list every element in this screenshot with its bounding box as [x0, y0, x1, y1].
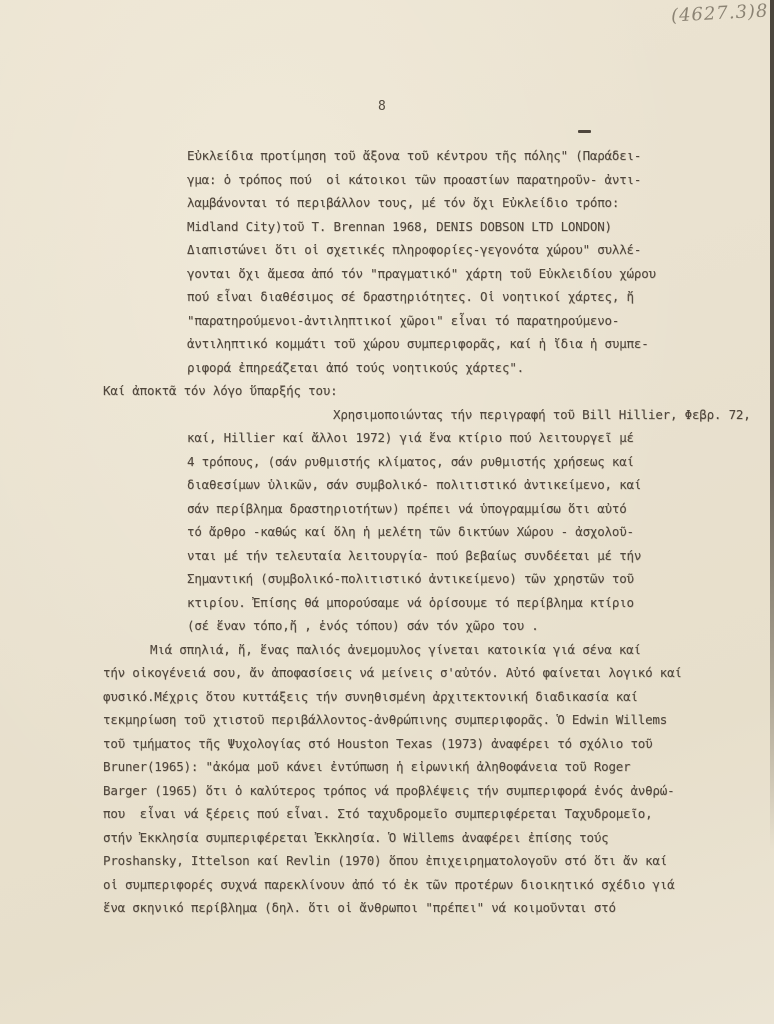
text-line: Μιά σπηλιά, ἤ, ἕνας παλιός ἀνεμομυλος γί… [150, 638, 703, 662]
text-line: διαθεσίμων ὑλικῶν, σάν συμβολικό- πολιτι… [187, 473, 703, 497]
text-line: 4 τρόπους, (σάν ρυθμιστής κλίματος, σάν … [187, 450, 703, 474]
text-line: φυσικό.Μέχρις ὅτου κυττάξεις τήν συνηθισ… [103, 685, 703, 709]
text-line: κτιρίου. Ἐπίσης θά μπορούσαμε νά ὁρίσουμ… [187, 591, 703, 615]
text-line: γμα: ὁ τρόπος πού οἱ κάτοικοι τῶν προαστ… [187, 168, 703, 192]
text-line: οἱ συμπεριφορές συχνά παρεκλίνουν ἀπό τό… [103, 873, 703, 897]
text-line: Εὐκλείδια προτίμηση τοῦ ἄξονα τοῦ κέντρο… [187, 144, 703, 168]
text-line: καί, Hillier καί ἄλλοι 1972) γιά ἕνα κτί… [187, 426, 703, 450]
scanned-typewritten-page: { "annotations": { "handwritten_ref": "(… [0, 0, 774, 1024]
text-line: ριφορά ἐπηρεάζεται ἀπό τούς νοητικούς χά… [187, 356, 703, 380]
text-line: σάν περίβλημα δραστηριοτήτων) πρέπει νά … [187, 497, 703, 521]
text-line: Bruner(1965): "ἀκόμα μοῦ κάνει ἐντύπωση … [103, 755, 703, 779]
text-line: που εἶναι νά ξέρεις πού εἶναι. Στό ταχυδ… [103, 802, 703, 826]
stray-dash-mark [578, 130, 591, 133]
handwritten-reference-number: (4627.3)8 [670, 0, 768, 26]
text-line: Σημαντική (συμβολικό-πολιτιστικό ἀντικεί… [187, 567, 703, 591]
text-line: Χρησιμοποιώντας τήν περιγραφή τοῦ Bill H… [333, 403, 703, 427]
text-line: Barger (1965) ὅτι ὁ καλύτερος τρόπος νά … [103, 779, 703, 803]
text-line: ἕνα σκηνικό περίβλημα (δηλ. ὅτι οἱ ἄνθρω… [103, 896, 703, 920]
scan-edge-shadow [770, 0, 774, 850]
text-line: Καί ἀποκτᾶ τόν λόγο ὕπαρξής του: [103, 379, 703, 403]
text-line: ἀντιληπτικό κομμάτι τοῦ χώρου συμπεριφορ… [187, 332, 703, 356]
page-number: 8 [378, 99, 386, 114]
text-line: "παρατηρούμενοι-ἀντιληπτικοί χῶροι" εἶνα… [187, 309, 703, 333]
text-line: (σέ ἕναν τόπο,ἤ , ἑνός τόπου) σάν τόν χῶ… [187, 614, 703, 638]
text-line: Διαπιστώνει ὅτι οἱ σχετικές πληροφορίες-… [187, 238, 703, 262]
typewritten-text-block: Εὐκλείδια προτίμηση τοῦ ἄξονα τοῦ κέντρο… [103, 144, 703, 920]
text-line: Proshansky, Ittelson καί Revlin (1970) ὅ… [103, 849, 703, 873]
text-line: τεκμηρίωση τοῦ χτιστοῦ περιβάλλοντος-ἀνθ… [103, 708, 703, 732]
text-line: γονται ὄχι ἄμεσα ἀπό τόν "πραγματικό" χά… [187, 262, 703, 286]
text-line: Midland City)τοῦ T. Brennan 1968, DENIS … [187, 215, 703, 239]
text-line: τό ἄρθρο -καθώς καί ὅλη ἡ μελέτη τῶν δικ… [187, 520, 703, 544]
text-line: νται μέ τήν τελευταία λειτουργία- πού βε… [187, 544, 703, 568]
text-line: τοῦ τμήματος τῆς Ψυχολογίας στό Houston … [103, 732, 703, 756]
text-line: στήν Ἐκκλησία συμπεριφέρεται Ἐκκλησία. Ὁ… [103, 826, 703, 850]
text-line: πού εἶναι διαθέσιμος σέ δραστηριότητες. … [187, 285, 703, 309]
text-line: τήν οἰκογένειά σου, ἄν ἀποφασίσεις νά με… [103, 661, 703, 685]
text-line: λαμβάνονται τό περιβάλλον τους, μέ τόν ὄ… [187, 191, 703, 215]
